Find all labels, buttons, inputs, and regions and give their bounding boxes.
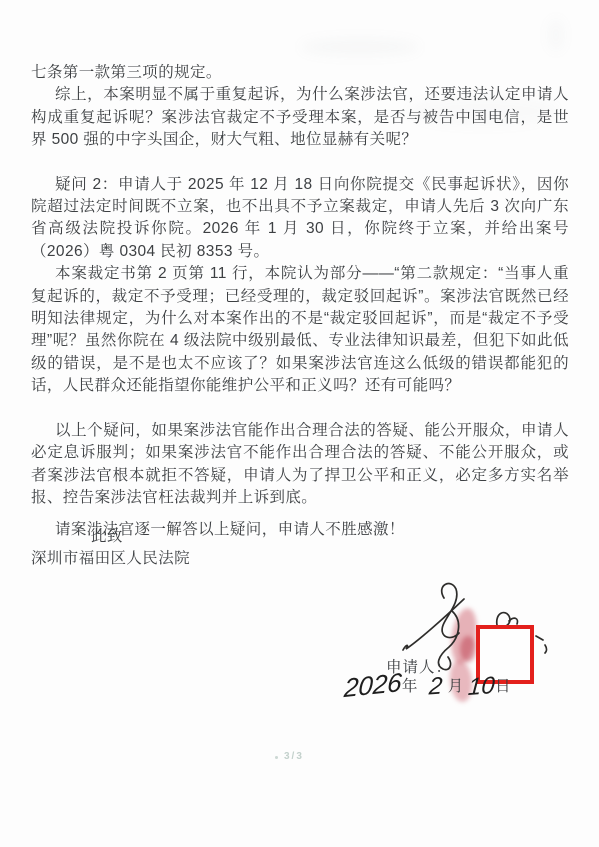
date-year-number: 2026 [343,667,403,704]
closing-salute: 此致 [91,526,569,548]
paragraph: 疑问 2：申请人于 2025 年 12 月 18 日向你院提交《民事起诉状》，因… [31,174,569,264]
date-month-number: 2 [428,672,443,701]
closing-block: 此致 深圳市福田区人民法院 [31,526,569,571]
paragraph: 以上个疑问，如果案涉法官能作出合理合法的答疑、能公开服众，申请人必定息诉服判；如… [31,420,569,510]
paragraph: 综上，本案明显不属于重复起诉，为什么案涉法官，还要违法认定申请人构成重复起诉呢？… [31,84,569,151]
fingerprint-seal [460,636,476,662]
scan-smudge [548,18,564,52]
page-number: 3/3 [284,751,304,762]
document-body: 七条第一款第三项的规定。综上，本案明显不属于重复起诉，为什么案涉法官，还要违法认… [31,62,569,542]
date-day-char: 日 [495,674,511,696]
addressee-court: 深圳市福田区人民法院 [31,548,569,570]
date-year-char: 年 [402,674,418,696]
paragraph: 七条第一款第三项的规定。 [31,62,569,84]
scan-smudge [300,38,420,56]
date-day-number: 10 [467,672,496,702]
scan-dot [275,756,278,759]
scanned-document-page: 七条第一款第三项的规定。综上，本案明显不属于重复起诉，为什么案涉法官，还要违法认… [0,0,599,847]
paragraph: 本案裁定书第 2 页第 11 行，本院认为部分——“第二款规定：“当事人重复起诉… [31,263,569,397]
handwritten-date: 2026年2月10日 [344,670,510,701]
date-month-char: 月 [448,674,464,696]
